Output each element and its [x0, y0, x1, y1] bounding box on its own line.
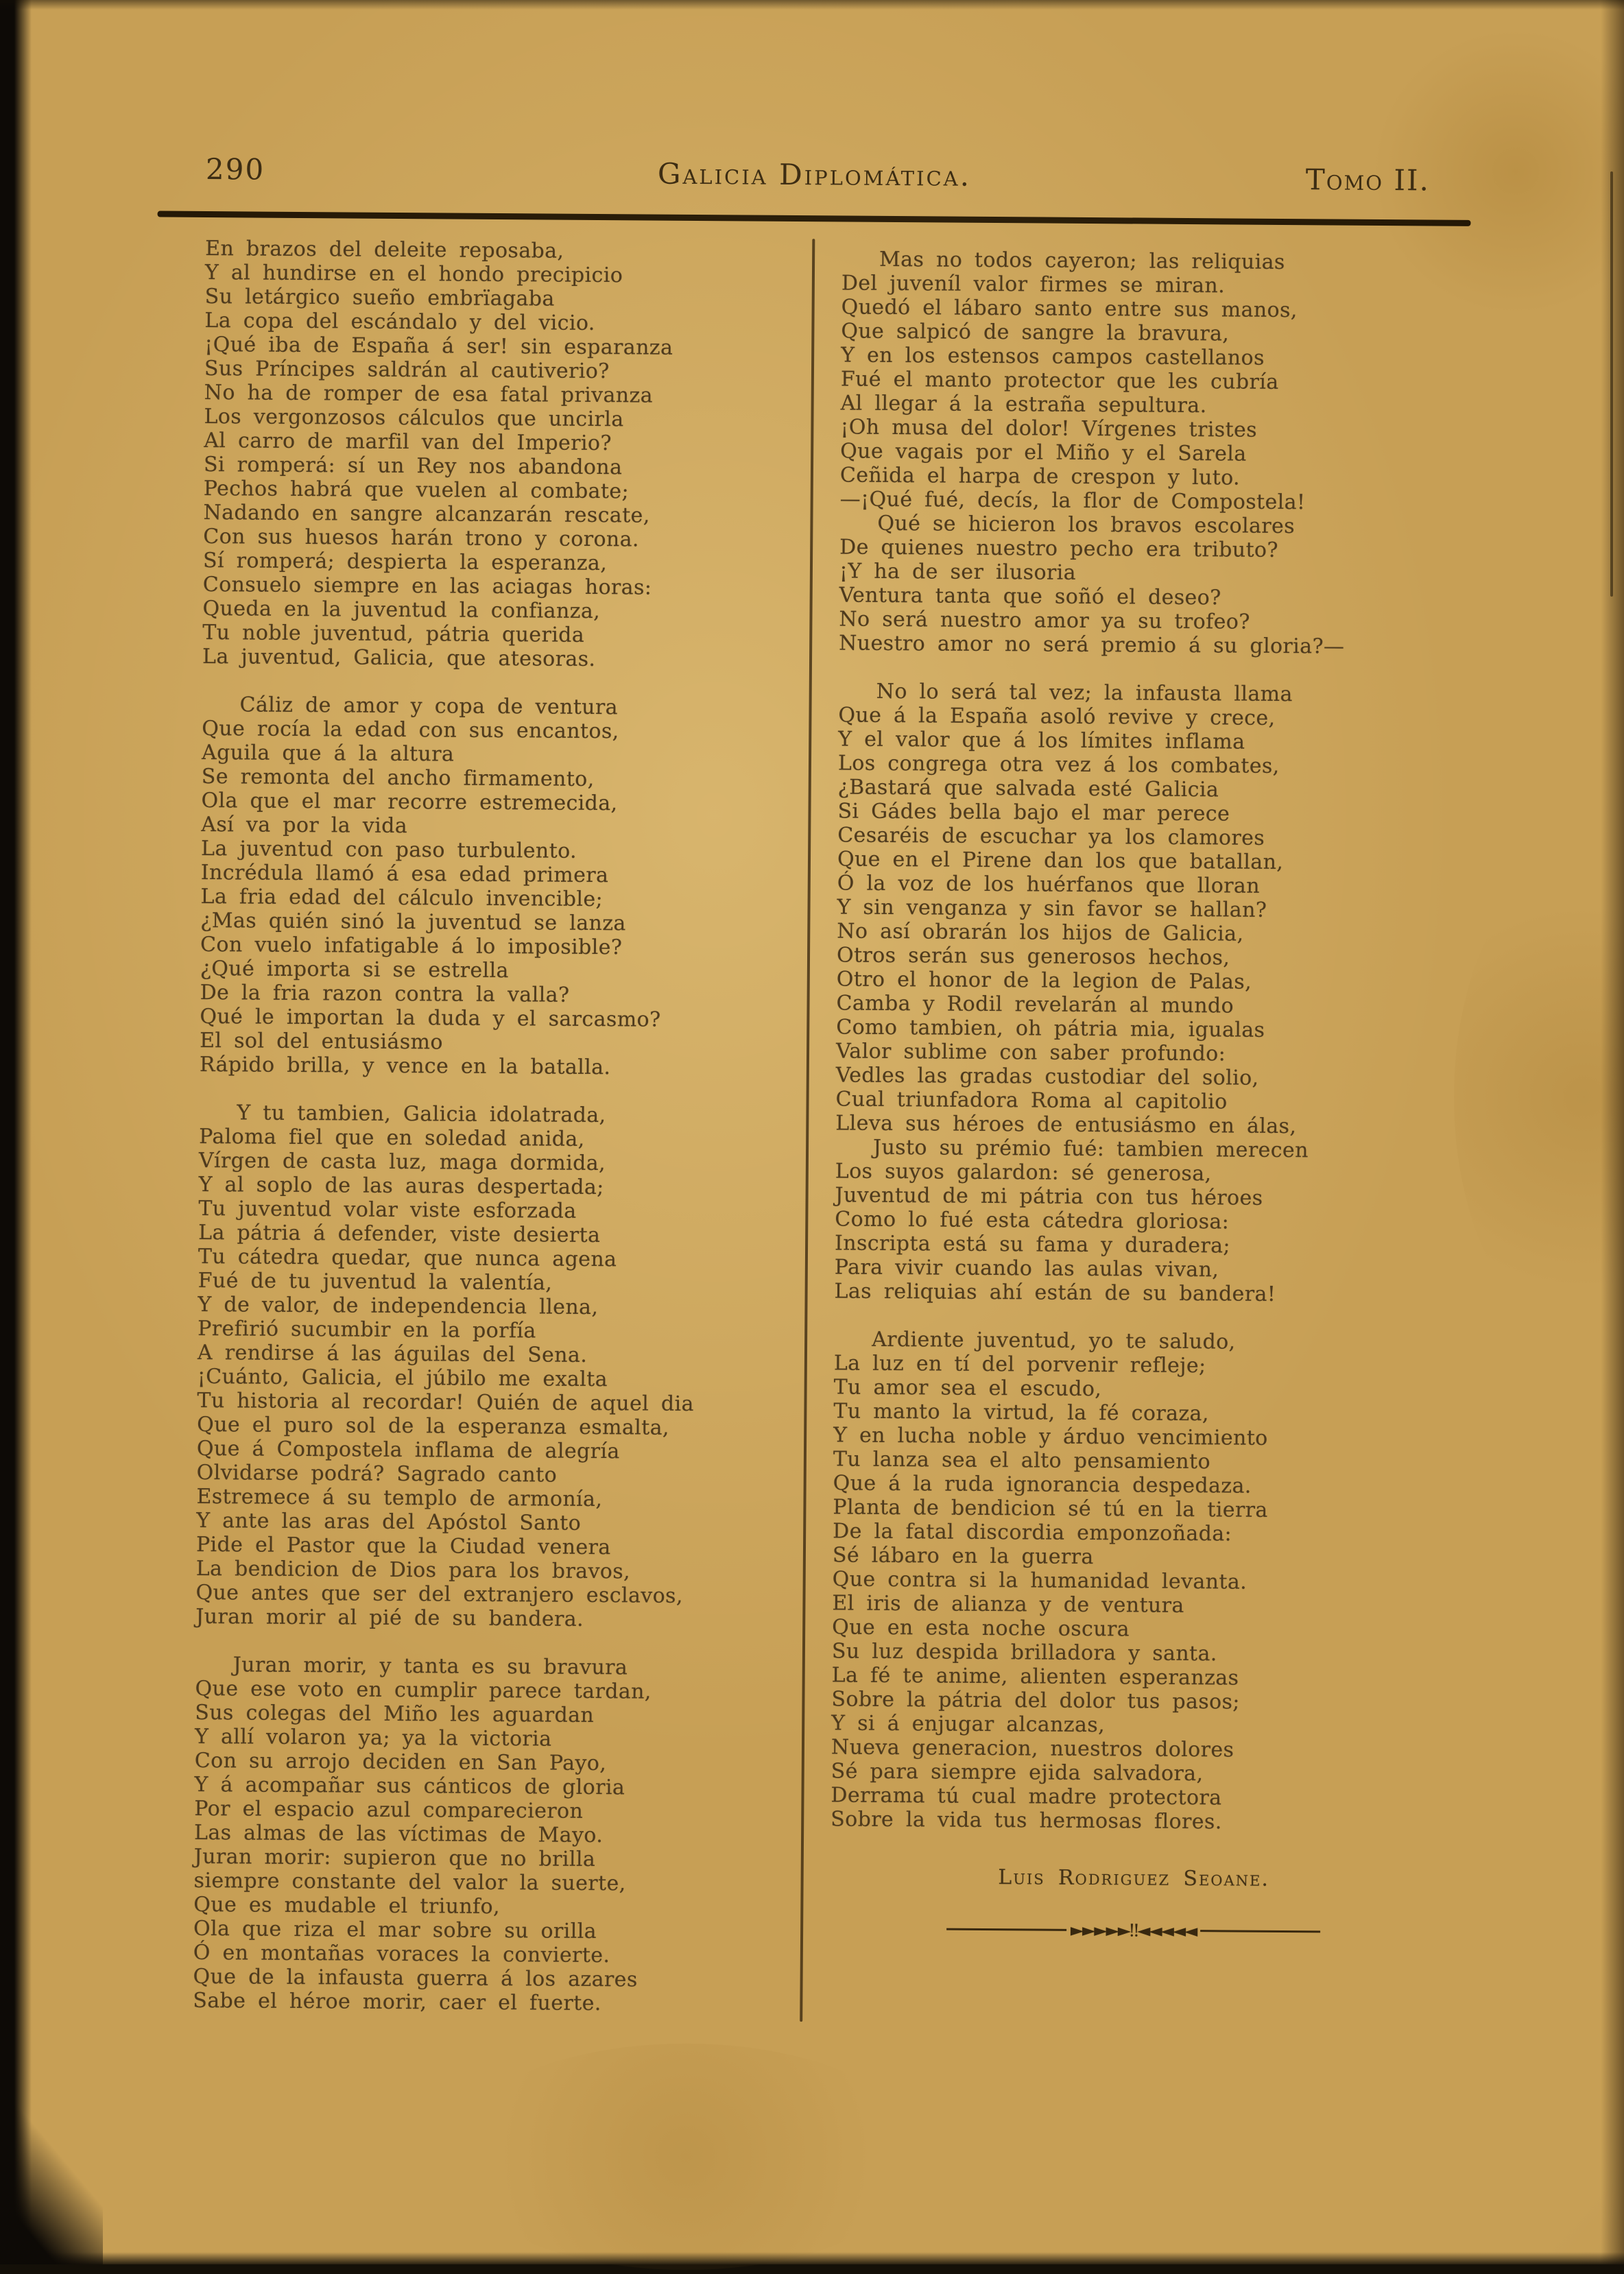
poem-line: Ola que el mar recorre estremecida, — [201, 789, 798, 817]
poem-line: El sol del entusiásmo — [200, 1029, 796, 1057]
column-divider — [800, 239, 815, 2022]
poem-line: No ha de romper de esa fatal privanza — [204, 381, 801, 409]
poem-line: Ola que riza el mar sobre su orilla — [193, 1917, 790, 1945]
poem-line: Pechos habrá que vuelen al combate; — [204, 477, 800, 505]
poem-line: Fué de tu juventud la valentía, — [198, 1269, 795, 1297]
poem-line: Consuelo siempre en las aciagas horas: — [203, 573, 800, 601]
page-corner-shadow — [0, 2086, 103, 2264]
left-column: En brazos del deleite reposaba,Y al hund… — [193, 237, 802, 2017]
poem-line: Los vergonzosos cálculos que uncirla — [204, 405, 800, 433]
page-header: 290 Galicia Diplomática. Tomo II. — [158, 152, 1471, 161]
poem-line: La pátria á defender, viste desierta — [198, 1221, 795, 1249]
poem-line: Vírgen de casta luz, maga dormida, — [199, 1149, 796, 1177]
poem-line: ¡Cuánto, Galicia, el júbilo me exalta — [198, 1365, 794, 1393]
poem-line: Prefirió sucumbir en la porfía — [198, 1317, 794, 1345]
poem-line: Y allí volaron ya; ya la victoria — [195, 1725, 791, 1753]
decorative-divider: ►►►►►‼◄◄◄◄◄ — [830, 1919, 1437, 1941]
volume-label: Tomo II. — [1306, 163, 1430, 197]
poem-line: Rápido brilla, y vence en la batalla. — [200, 1053, 796, 1081]
poem-line: Y tu tambien, Galicia idolatrada, — [199, 1101, 796, 1129]
poem-line: Que rocía la edad con sus encantos, — [202, 717, 798, 745]
stanza: Mas no todos cayeron; las reliquiasDel j… — [839, 247, 1448, 659]
poem-line: Sabe el héroe morir, caer el fuerte. — [193, 1989, 789, 2017]
divider-arrows-icon: ►►►►►‼◄◄◄◄◄ — [1066, 1922, 1201, 1939]
poem-line: Sus colegas del Miño les aguardan — [195, 1701, 791, 1729]
poem-line: Su letárgico sueño embrïagaba — [205, 285, 802, 313]
poem-line: Queda en la juventud la confianza, — [202, 597, 799, 625]
poem-line: Que á Compostela inflama de alegría — [197, 1437, 793, 1465]
poem-line: Qué le importan la duda y el sarcasmo? — [200, 1005, 796, 1033]
poem-line: Con sus huesos harán trono y corona. — [203, 525, 800, 553]
stanza: Cáliz de amor y copa de venturaQue rocía… — [200, 693, 799, 1081]
poem-line: Incrédula llamó á esa edad primera — [201, 861, 798, 889]
stanza: En brazos del deleite reposaba,Y al hund… — [202, 237, 802, 673]
poem-line: Tu historia al recordar! Quién de aquel … — [197, 1389, 793, 1417]
page-edge-top — [0, 0, 1624, 10]
poem-line: Y al hundirse en el hondo precipicio — [205, 261, 802, 289]
poem-line: Las reliquias ahí están de su bandera! — [835, 1279, 1442, 1307]
stanza: Juran morir, y tanta es su bravuraQue es… — [193, 1653, 792, 2017]
poem-line: Que es mudable el triunfo, — [193, 1893, 790, 1921]
poem-line: ¡Qué iba de España á ser! sin esparanza — [204, 333, 801, 361]
poem-line: Juran morir al pié de su bandera. — [195, 1605, 792, 1633]
poem-line: Sus Príncipes saldrán al cautiverio? — [204, 357, 801, 385]
poem-line: siempre constante del valor la suerte, — [193, 1869, 790, 1897]
right-column: Mas no todos cayeron; las reliquiasDel j… — [830, 247, 1448, 1941]
journal-title: Galicia Diplomática. — [158, 154, 1471, 196]
poem-line: En brazos del deleite reposaba, — [205, 237, 802, 265]
poem-line: Tu cátedra quedar, que nunca agena — [198, 1245, 795, 1273]
stanza: Ardiente juventud, yo te saludo,La luz e… — [831, 1327, 1441, 1835]
poem-line: Nadando en sangre alcanzarán rescate, — [203, 501, 800, 529]
poem-line: Que de la infausta guerra á los azares — [193, 1965, 789, 1993]
poem-line: Y ante las aras del Apóstol Santo — [196, 1509, 793, 1537]
poem-line: Con su arrojo deciden en San Payo, — [195, 1749, 791, 1777]
page-edge-left — [0, 0, 32, 2264]
poem-line: Las almas de las víctimas de Mayo. — [194, 1821, 791, 1849]
poem-line: La bendicion de Dios para los bravos, — [196, 1557, 793, 1585]
poem-line: La juventud, Galicia, que atesoras. — [202, 645, 799, 673]
poem-line: Y á acompañar sus cánticos de gloria — [194, 1773, 791, 1801]
poem-line: Cáliz de amor y copa de ventura — [202, 693, 798, 721]
stanza: Y tu tambien, Galicia idolatrada,Paloma … — [195, 1101, 796, 1633]
poem-line: Al carro de marfil van del Imperio? — [204, 429, 800, 457]
poem-line: Tu noble juventud, pátria querida — [202, 621, 799, 649]
poem-line: Ó en montañas voraces la convierte. — [193, 1941, 790, 1969]
divider-line — [946, 1928, 1066, 1931]
poem-line: Y de valor, de independencia llena, — [198, 1293, 794, 1321]
poem-line: A rendirse á las águilas del Sena. — [198, 1341, 794, 1369]
page-edge-bottom — [0, 2252, 1624, 2264]
poem-line: Con vuelo infatigable á lo imposible? — [200, 933, 797, 961]
page-content: 290 Galicia Diplomática. Tomo II. En bra… — [0, 0, 1624, 2264]
poem-line: Por el espacio azul comparecieron — [194, 1797, 791, 1825]
divider-line — [1200, 1930, 1320, 1932]
stanza: No lo será tal vez; la infausta llamaQue… — [835, 679, 1446, 1307]
poem-line: Estremece á su templo de armonía, — [196, 1485, 793, 1513]
poem-line: Así va por la vida — [201, 813, 798, 841]
poem-line: Pide el Pastor que la Ciudad venera — [196, 1533, 793, 1561]
poem-line: La fria edad del cálculo invencible; — [200, 885, 797, 913]
poem-line: ¿Qué importa si se estrella — [200, 957, 797, 985]
header-rule — [158, 211, 1471, 226]
poem-line: Que ese voto en cumplir parece tardan, — [195, 1677, 791, 1705]
scanned-page: 290 Galicia Diplomática. Tomo II. En bra… — [0, 0, 1624, 2264]
poem-line: De la fria razon contra la valla? — [200, 981, 797, 1009]
page-edge-crease — [1610, 171, 1613, 597]
poem-line: Nuestro amor no será premio á su gloria?… — [839, 631, 1446, 659]
poem-line: ¿Mas quién sinó la juventud se lanza — [200, 909, 797, 937]
author-signature: Luis Rodriguez Seoane. — [831, 1864, 1437, 1892]
poem-line: Que antes que ser del extranjero esclavo… — [195, 1581, 792, 1609]
poem-line: Sí romperá; despierta la esperanza, — [203, 549, 800, 577]
poem-line: Olvidarse podrá? Sagrado canto — [197, 1461, 793, 1489]
poem-line: Sobre la vida tus hermosas flores. — [831, 1807, 1437, 1835]
poem-line: Que el puro sol de la esperanza esmalta, — [197, 1413, 793, 1441]
poem-line: Paloma fiel que en soledad anida, — [199, 1125, 796, 1153]
poem-line: Juran morir: supieron que no brilla — [194, 1845, 791, 1873]
poem-line: Si romperá: sí un Rey nos abandona — [204, 453, 800, 481]
poem-line: La juventud con paso turbulento. — [201, 837, 798, 865]
